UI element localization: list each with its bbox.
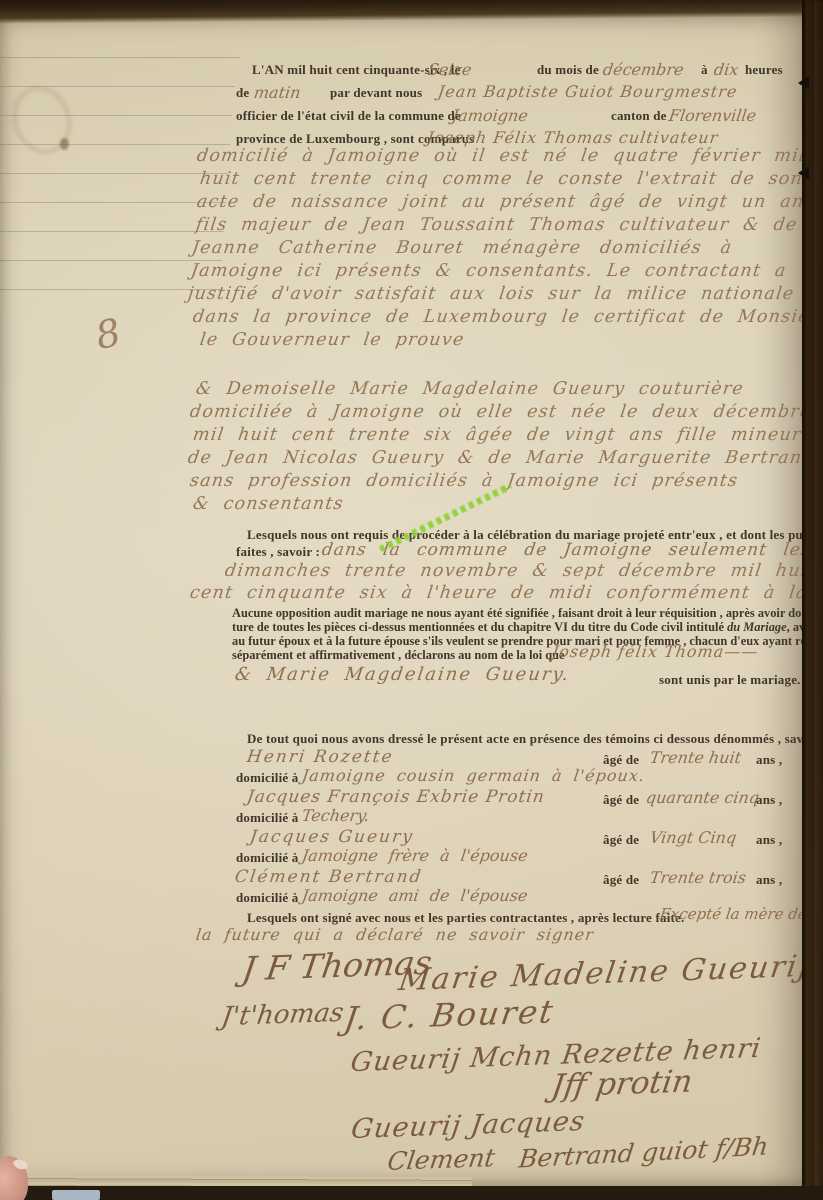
form-text: domicilié à xyxy=(236,810,299,826)
hw-witness-dom: Jamoigne frère à l'épouse xyxy=(301,846,529,865)
hw-witness-age: Trente trois xyxy=(649,868,748,887)
form-text: séparément et affirmativement , déclaron… xyxy=(232,648,565,663)
hw-closing-note: Excepté la mère de xyxy=(659,905,808,923)
ruled-line xyxy=(0,260,222,261)
form-text: Aucune opposition audit mariage ne nous … xyxy=(232,606,823,621)
signature-bouret: J. C. Bouret xyxy=(342,992,557,1037)
hw-witness-dom: Jamoigne cousin germain à l'époux. xyxy=(301,766,647,785)
hw-groom-line: Jamoigne ici présents & consentants. Le … xyxy=(190,261,788,281)
signature-thomas2: J't'homas xyxy=(220,998,346,1032)
hw-groom-line: Jeanne Catherine Bouret ménagère domicil… xyxy=(191,238,734,258)
hw-hour: dix xyxy=(713,60,740,79)
hw-witness-name: Henri Rozette xyxy=(246,747,395,767)
hw-closing-note: la future qui a déclaré ne savoir signer xyxy=(195,925,596,944)
hw-bride-line: & Demoiselle Marie Magdelaine Gueury cou… xyxy=(195,379,746,399)
form-text: à xyxy=(701,62,708,78)
form-text: ans , xyxy=(756,832,782,848)
form-text: domicilié à xyxy=(236,850,299,866)
hw-ampm: matin xyxy=(253,83,302,102)
form-text: officier de l'état civil de la commune d… xyxy=(236,108,461,124)
hw-bride-line: mil huit cent trente six âgée de vingt a… xyxy=(192,425,815,445)
hw-groom-line: dans la province de Luxembourg le certif… xyxy=(192,307,823,327)
hw-groom-line: huit cent trente cinq comme le conste l'… xyxy=(199,169,805,189)
hw-groom-line: fils majeur de Jean Toussaint Thomas cul… xyxy=(195,215,799,235)
hw-day: Seize xyxy=(427,60,473,79)
table-shadow xyxy=(0,1186,823,1200)
hw-commune: Jamoigne xyxy=(451,106,530,125)
form-text: du mois de xyxy=(537,62,599,78)
hw-groom-declared: Joseph félix Thoma—— xyxy=(551,642,760,661)
hw-witness-name: Jacques Gueury xyxy=(249,827,416,847)
form-text: âgé de xyxy=(603,832,639,848)
ink-spot xyxy=(60,138,69,150)
form-text: Lesquels ont signé avec nous et les part… xyxy=(247,910,684,926)
hw-witness-age: Vingt Cinq xyxy=(649,828,738,847)
form-text: ans , xyxy=(756,792,782,808)
form-text: ans , xyxy=(756,752,782,768)
hw-groom-line: acte de naissance joint au présent âgé d… xyxy=(196,192,816,212)
ruled-line xyxy=(0,231,224,232)
hw-publication-line: dimanches trente novembre & sept décembr… xyxy=(224,561,818,581)
hw-witness-name: Jacques François Exbrie Protin xyxy=(246,787,547,807)
form-text: âgé de xyxy=(603,792,639,808)
hw-publication-line: cent cinquante six à l'heure de midi con… xyxy=(189,583,823,603)
form-text-italic: du Mariage xyxy=(727,620,787,634)
hw-groom-line: justifié d'avoir satisfait aux lois sur … xyxy=(187,284,796,304)
hw-witness-age: Trente huit xyxy=(649,748,743,767)
hw-bride-line: domiciliée à Jamoigne où elle est née le… xyxy=(189,402,813,422)
hw-bride-declared: & Marie Magdelaine Gueury. xyxy=(234,664,572,685)
ruled-line xyxy=(0,202,226,203)
form-text: canton de xyxy=(611,108,667,124)
hw-bride-line: de Jean Nicolas Gueury & de Marie Margue… xyxy=(187,448,817,468)
form-text: faites , savoir : xyxy=(236,544,320,560)
form-text: de xyxy=(236,85,249,101)
table-surface xyxy=(52,1190,100,1200)
form-text: ans , xyxy=(756,872,782,888)
form-text: ture de toutes les pièces ci-dessus ment… xyxy=(232,620,823,635)
book-binding-edge xyxy=(802,0,823,1200)
hw-bride-line: sans profession domiciliés à Jamoigne ic… xyxy=(189,471,740,491)
form-text: heures xyxy=(745,62,783,78)
hw-witness-age: quarante cinq xyxy=(645,788,761,807)
form-text: De tout quoi nous avons dressé le présen… xyxy=(247,731,823,747)
hw-witness-dom: Techery. xyxy=(301,806,371,825)
form-text: domicilié à xyxy=(236,890,299,906)
form-text: domicilié à xyxy=(236,770,299,786)
hw-groom-line: domicilié à Jamoigne où il est né le qua… xyxy=(196,146,808,166)
signature-protin: Jff protin xyxy=(549,1064,695,1105)
hw-month: décembre xyxy=(602,60,685,79)
hw-groom-name: Joseph Félix Thomas cultivateur xyxy=(426,128,720,147)
form-text: sont unis par le mariage. xyxy=(659,672,801,688)
register-photo: L'AN mil huit cent cinquante-six , le Se… xyxy=(0,0,823,1200)
signature-clement: Clement xyxy=(386,1143,497,1176)
hw-canton: Florenville xyxy=(668,106,758,125)
hw-witness-dom: Jamoigne ami de l'épouse xyxy=(301,886,529,905)
form-text: ture de toutes les pièces ci-dessus ment… xyxy=(232,620,724,634)
form-text: par devant nous xyxy=(330,85,422,101)
hw-witness-name: Clément Bertrand xyxy=(234,867,424,887)
page-marker-notch xyxy=(798,76,809,90)
hw-groom-line: le Gouverneur le prouve xyxy=(199,330,466,350)
page-marker-notch xyxy=(798,166,809,180)
hw-officer: Jean Baptiste Guiot Bourgmestre xyxy=(437,82,739,101)
hw-bride-line: & consentants xyxy=(192,494,346,514)
form-text: âgé de xyxy=(603,872,639,888)
ruled-line xyxy=(0,57,240,58)
ruled-line xyxy=(0,173,228,174)
ruled-line xyxy=(0,289,220,290)
